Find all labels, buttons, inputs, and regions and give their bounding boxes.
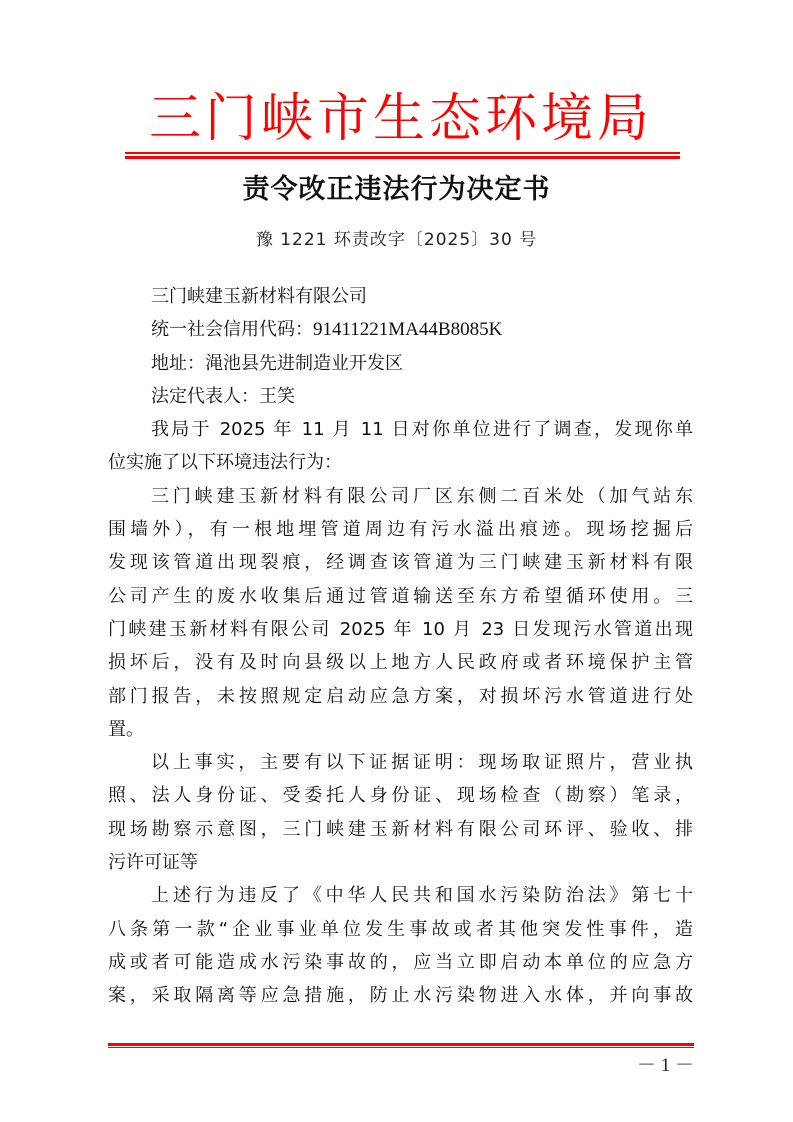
body-line: 照、法人身份证、受委托人身份证、现场检查（勘察）笔录， xyxy=(108,779,693,812)
body-line: 围墙外），有一根地埋管道周边有污水溢出痕迹。现场挖掘后 xyxy=(108,513,693,546)
recipient-company: 三门峡建玉新材料有限公司 xyxy=(108,280,693,313)
body-line: 我局于 2025 年 11 月 11 日对你单位进行了调查，发现你单 xyxy=(108,413,693,446)
body-line: 八条第一款“企业事业单位发生事故或者其他突发性事件，造 xyxy=(108,913,693,946)
body-paragraphs: 我局于 2025 年 11 月 11 日对你单位进行了调查，发现你单位实施了以下… xyxy=(108,413,693,1012)
body-line: 现场勘察示意图，三门峡建玉新材料有限公司环评、验收、排 xyxy=(108,813,693,846)
recipient-credit-code: 统一社会信用代码：91411221MA44B8085K xyxy=(108,313,693,346)
body-line: 以上事实，主要有以下证据证明：现场取证照片，营业执 xyxy=(108,746,693,779)
body-line: 部门报告，未按照规定启动应急方案，对损坏污水管道进行处 xyxy=(108,680,693,713)
body-line: 上述行为违反了《中华人民共和国水污染防治法》第七十 xyxy=(108,879,693,912)
body-line: 三门峡建玉新材料有限公司厂区东侧二百米处（加气站东 xyxy=(108,480,693,513)
body-line: 位实施了以下环境违法行为： xyxy=(108,446,693,479)
legal-rep-label: 法定代表人： xyxy=(151,386,259,407)
document-body: 三门峡建玉新材料有限公司 统一社会信用代码：91411221MA44B8085K… xyxy=(108,280,693,1013)
address-label: 地址： xyxy=(151,353,205,374)
recipient-address: 地址：渑池县先进制造业开发区 xyxy=(108,347,693,380)
body-line: 公司产生的废水收集后通过管道输送至东方希望循环使用。三 xyxy=(108,580,693,613)
legal-rep-value: 王笑 xyxy=(259,386,295,407)
masthead-rule-thin xyxy=(125,152,680,154)
recipient-legal-rep: 法定代表人：王笑 xyxy=(108,380,693,413)
body-line: 发现该管道出现裂痕，经调查该管道为三门峡建玉新材料有限 xyxy=(108,546,693,579)
document-title: 责令改正违法行为决定书 xyxy=(0,172,793,208)
page-number: － 1 － xyxy=(600,1053,694,1079)
body-line: 成或者可能造成水污染事故的，应当立即启动本单位的应急方 xyxy=(108,946,693,979)
body-line: 置。 xyxy=(108,713,693,746)
footer-rule-thin xyxy=(108,1047,694,1048)
masthead-rule-thick xyxy=(125,156,680,159)
body-line: 门峡建玉新材料有限公司 2025 年 10 月 23 日发现污水管道出现 xyxy=(108,613,693,646)
address-value: 渑池县先进制造业开发区 xyxy=(205,353,403,374)
body-line: 损坏后，没有及时向县级以上地方人民政府或者环境保护主管 xyxy=(108,646,693,679)
body-line: 污许可证等 xyxy=(108,846,693,879)
footer-rule-thick xyxy=(108,1043,694,1046)
document-number: 豫 1221 环责改字〔2025〕30 号 xyxy=(0,228,793,252)
body-line: 案，采取隔离等应急措施，防止水污染物进入水体，并向事故 xyxy=(108,979,693,1012)
agency-masthead: 三门峡市生态环境局 xyxy=(140,88,662,150)
credit-code-value: 91411221MA44B8085K xyxy=(313,319,502,340)
company-name: 三门峡建玉新材料有限公司 xyxy=(151,286,367,307)
credit-code-label: 统一社会信用代码： xyxy=(151,319,313,340)
